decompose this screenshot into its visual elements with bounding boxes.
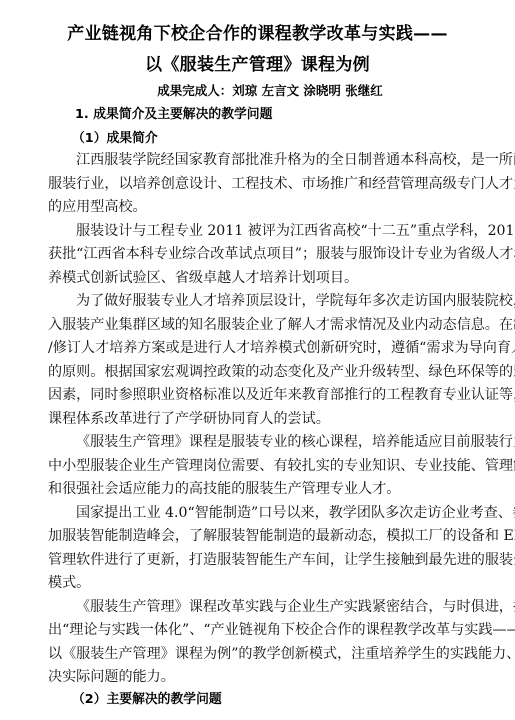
paragraph-line: 中小型服装企业生产管理岗位需要、有较扎实的专业知识、专业技能、管理能力 — [48, 457, 464, 475]
document-title-line-2: 以《服装生产管理》课程为例 — [0, 55, 515, 75]
paragraph-line: 养模式创新试验区、省级卓越人才培养计划项目。 — [48, 269, 464, 287]
paragraph-line: 《服装生产管理》课程是服装专业的核心课程，培养能适应目前服装行业的 — [76, 433, 464, 451]
paragraph-line: 出“理论与实践一体化”、“产业链视角下校企合作的课程教学改革与实践—— — [48, 621, 464, 639]
paragraph-line: /修订人才培养方案或是进行人才培养模式创新研究时，遵循“需求为导向育人” — [48, 339, 464, 357]
paragraph-line: 服装设计与工程专业 2011 被评为江西省高校“十二五”重点学科，2013 年 — [76, 222, 464, 240]
paragraph-line: 和很强社会适应能力的高技能的服装生产管理专业人才。 — [48, 480, 464, 498]
paragraph-line: 模式。 — [48, 574, 464, 592]
document-page: 产业链视角下校企合作的课程教学改革与实践—— 以《服装生产管理》课程为例 成果完… — [0, 0, 515, 720]
paragraph-line: 获批“江西省本科专业综合改革试点项目”；服装与服饰设计专业为省级人才培 — [48, 245, 464, 263]
document-title-line-1: 产业链视角下校企合作的课程教学改革与实践—— — [0, 24, 515, 44]
paragraph-line: 的应用型高校。 — [48, 198, 464, 216]
paragraph-line: 入服装产业集群区域的知名服装企业了解人才需求情况及业内动态信息。在制订 — [48, 316, 464, 334]
subsection-1-heading: （1）成果简介 — [72, 131, 158, 147]
section-1-heading: 1. 成果简介及主要解决的教学问题 — [75, 107, 272, 123]
paragraph-line: 为了做好服装专业人才培养顶层设计，学院每年多次走访国内服装院校，深 — [76, 292, 464, 310]
paragraph-line: 管理软件进行了更新，打造服装智能生产车间，让学生接触到最先进的服装生产 — [48, 551, 464, 569]
paragraph-line: 《服装生产管理》课程改革实践与企业生产实践紧密结合，与时俱进，探索 — [76, 598, 464, 616]
paragraph-line: 以《服装生产管理》课程为例”的教学创新模式，注重培养学生的实践能力、解 — [48, 645, 464, 663]
paragraph-line: 课程体系改革进行了产学研协同育人的尝试。 — [48, 410, 464, 428]
paragraph-line: 国家提出工业 4.0“智能制造”口号以来，教学团队多次走访企业考查、参 — [76, 504, 464, 522]
paragraph-line: 的原则。根据国家宏观调控政策的动态变化及产业升级转型、绿色环保等的影响 — [48, 363, 464, 381]
paragraph-line: 决实际问题的能力。 — [48, 668, 464, 686]
paragraph-line: 因素，同时参照职业资格标准以及近年来教育部推行的工程教育专业认证等，对 — [48, 386, 464, 404]
paragraph-line: 江西服装学院经国家教育部批准升格为的全日制普通本科高校，是一所面向 — [76, 151, 464, 169]
paragraph-line: 服装行业，以培养创意设计、工程技术、市场推广和经营管理高级专门人才为主 — [48, 175, 464, 193]
authors-line: 成果完成人：刘琼 左言文 涂晓明 张继红 — [0, 83, 515, 99]
subsection-2-heading: （2）主要解决的教学问题 — [72, 692, 222, 708]
paragraph-line: 加服装智能制造峰会，了解服装智能制造的最新动态，模拟工厂的设备和 ERP — [48, 527, 464, 545]
